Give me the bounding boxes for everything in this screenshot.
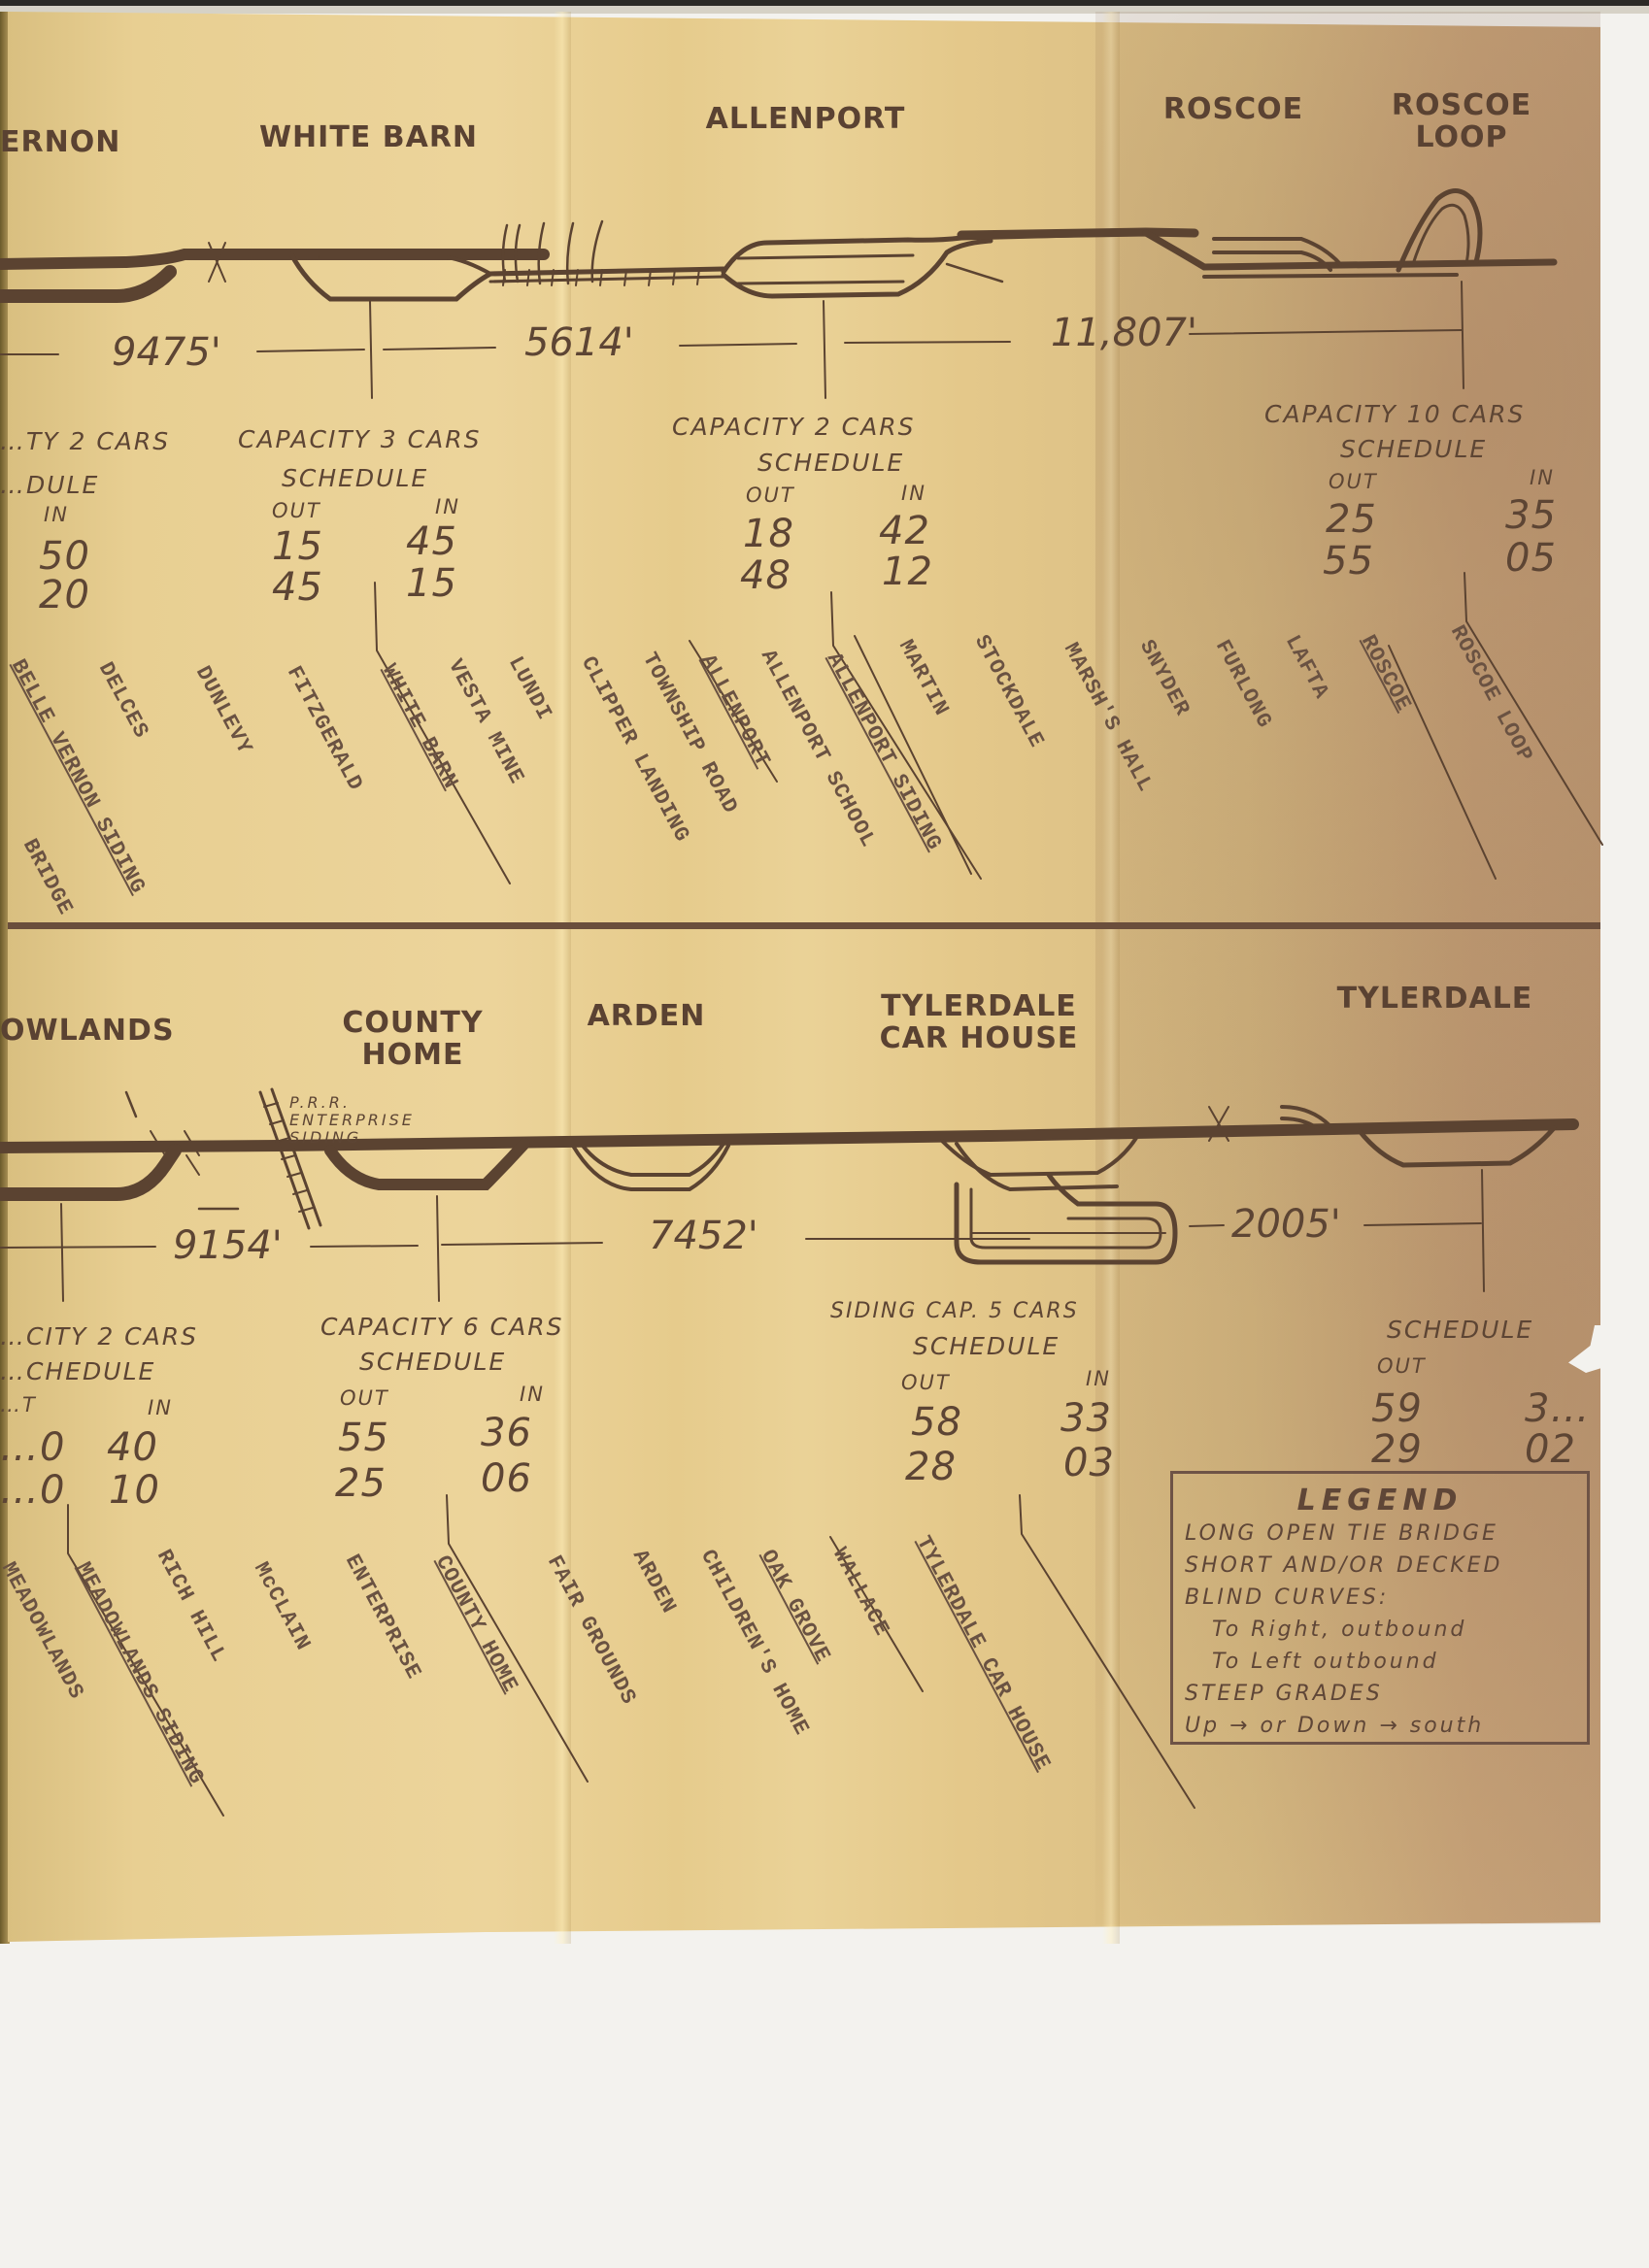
station-title: ALLENPORT — [701, 103, 910, 135]
schedule-out-time: 25 — [1326, 497, 1377, 542]
station-title-line: TYLERDALE — [867, 990, 1091, 1022]
station-title-line: LOOP — [1384, 121, 1539, 153]
in-label: IN — [1530, 466, 1555, 489]
schedule-in-time: 15 — [406, 561, 457, 606]
in-label: IN — [520, 1383, 545, 1406]
schedule-in-time: 40 — [107, 1425, 158, 1470]
schedule-in-time: 36 — [481, 1411, 532, 1455]
schedule-in-time: 42 — [879, 509, 930, 553]
in-label: IN — [435, 495, 460, 518]
schedule-label: SCHEDULE — [1387, 1316, 1533, 1344]
annotation-line: SIDING — [289, 1129, 415, 1147]
out-label: OUT — [901, 1371, 951, 1394]
station-title: TYLERDALE — [1321, 983, 1549, 1015]
out-label: OUT — [340, 1386, 389, 1410]
schedule-out-time: 59 — [1371, 1386, 1423, 1431]
schedule-out-time: 28 — [905, 1445, 957, 1489]
out-label: OUT — [1329, 470, 1378, 493]
station-title: ERNON — [0, 126, 112, 158]
schedule-in-time: 02 — [1525, 1427, 1576, 1472]
siding-capacity: …CITY 2 CARS — [0, 1322, 198, 1351]
schedule-in-time: 06 — [481, 1456, 532, 1501]
station-title: TYLERDALE CAR HOUSE — [867, 990, 1091, 1054]
station-title: COUNTY HOME — [330, 1007, 495, 1071]
schedule-out-time: 29 — [1371, 1427, 1423, 1472]
siding-capacity: CAPACITY 10 CARS — [1264, 400, 1525, 428]
station-title: WHITE BARN — [254, 121, 483, 153]
schedule-out-time: 25 — [335, 1461, 387, 1506]
out-label: OUT — [746, 484, 795, 507]
distance-label: 7452' — [649, 1214, 758, 1258]
schedule-out-time: 15 — [272, 524, 323, 569]
legend-item: SHORT AND/OR DECKED — [1185, 1550, 1587, 1582]
siding-capacity: …TY 2 CARS — [0, 427, 170, 455]
track-annotation: P.R.R. ENTERPRISE SIDING — [289, 1094, 415, 1147]
in-label: IN — [44, 503, 69, 526]
schedule-in-time: 20 — [39, 573, 90, 617]
schedule-in-time: 35 — [1505, 493, 1557, 538]
station-title-line: HOME — [330, 1039, 495, 1071]
annotation-line: ENTERPRISE — [289, 1112, 415, 1129]
schedule-in-time: 33 — [1060, 1396, 1112, 1441]
schedule-out-time: …0 — [0, 1425, 65, 1470]
in-label: IN — [148, 1396, 173, 1419]
track-diagram — [0, 0, 1649, 2268]
station-title: ARDEN — [581, 1000, 712, 1032]
legend-item: Up → or Down → south — [1185, 1710, 1587, 1742]
schedule-label: SCHEDULE — [913, 1332, 1060, 1360]
legend-box: LEGEND LONG OPEN TIE BRIDGE SHORT AND/OR… — [1170, 1471, 1590, 1745]
distance-label: 9154' — [173, 1223, 283, 1268]
annotation-line: P.R.R. — [289, 1094, 415, 1112]
schedule-label: SCHEDULE — [282, 464, 428, 492]
siding-capacity: CAPACITY 3 CARS — [238, 425, 481, 453]
siding-capacity: SIDING CAP. 5 CARS — [830, 1299, 1079, 1323]
legend-item: STEEP GRADES — [1185, 1678, 1587, 1710]
legend-item: To Right, outbound — [1212, 1614, 1587, 1646]
schedule-out-time: 18 — [743, 512, 794, 556]
schedule-in-time: 05 — [1505, 536, 1557, 581]
section-divider — [8, 922, 1600, 929]
out-label: …T — [0, 1393, 37, 1417]
schedule-out-time: 55 — [1323, 539, 1374, 584]
siding-capacity: CAPACITY 6 CARS — [320, 1313, 563, 1341]
schedule-out-time: 48 — [740, 553, 791, 598]
schedule-in-time: 45 — [406, 519, 457, 564]
schedule-out-time: 55 — [338, 1416, 389, 1460]
schedule-in-time: 03 — [1063, 1441, 1115, 1485]
schedule-out-time: …0 — [0, 1468, 65, 1513]
distance-label: 9475' — [112, 330, 221, 375]
out-label: OUT — [272, 499, 321, 522]
schedule-label: …CHEDULE — [0, 1357, 155, 1385]
schedule-label: SCHEDULE — [1340, 435, 1487, 463]
distance-label: 5614' — [524, 320, 634, 365]
out-label: OUT — [1377, 1354, 1427, 1378]
station-title: ROSCOE LOOP — [1384, 89, 1539, 153]
schedule-out-time: 45 — [272, 565, 323, 610]
station-title: ROSCOE — [1156, 93, 1311, 125]
station-title: OWLANDS — [0, 1015, 185, 1047]
legend-item: To Left outbound — [1212, 1646, 1587, 1678]
distance-label: 2005' — [1231, 1202, 1341, 1247]
schedule-label: …DULE — [0, 471, 99, 499]
station-title-line: CAR HOUSE — [867, 1022, 1091, 1054]
in-label: IN — [901, 482, 926, 505]
schedule-out-time: 58 — [911, 1400, 962, 1445]
station-title-line: COUNTY — [330, 1007, 495, 1039]
in-label: IN — [1086, 1367, 1111, 1390]
schedule-in-time: 3… — [1525, 1386, 1590, 1431]
schedule-label: SCHEDULE — [757, 449, 904, 477]
legend-item: BLIND CURVES: — [1185, 1582, 1587, 1614]
siding-capacity: CAPACITY 2 CARS — [672, 413, 915, 441]
legend-item: LONG OPEN TIE BRIDGE — [1185, 1518, 1587, 1550]
schedule-in-time: 10 — [109, 1468, 160, 1513]
legend-title: LEGEND — [1173, 1484, 1587, 1518]
schedule-label: SCHEDULE — [359, 1348, 506, 1376]
distance-label: 11,807' — [1051, 311, 1197, 355]
station-title-line: ROSCOE — [1384, 89, 1539, 121]
schedule-in-time: 12 — [882, 550, 933, 594]
